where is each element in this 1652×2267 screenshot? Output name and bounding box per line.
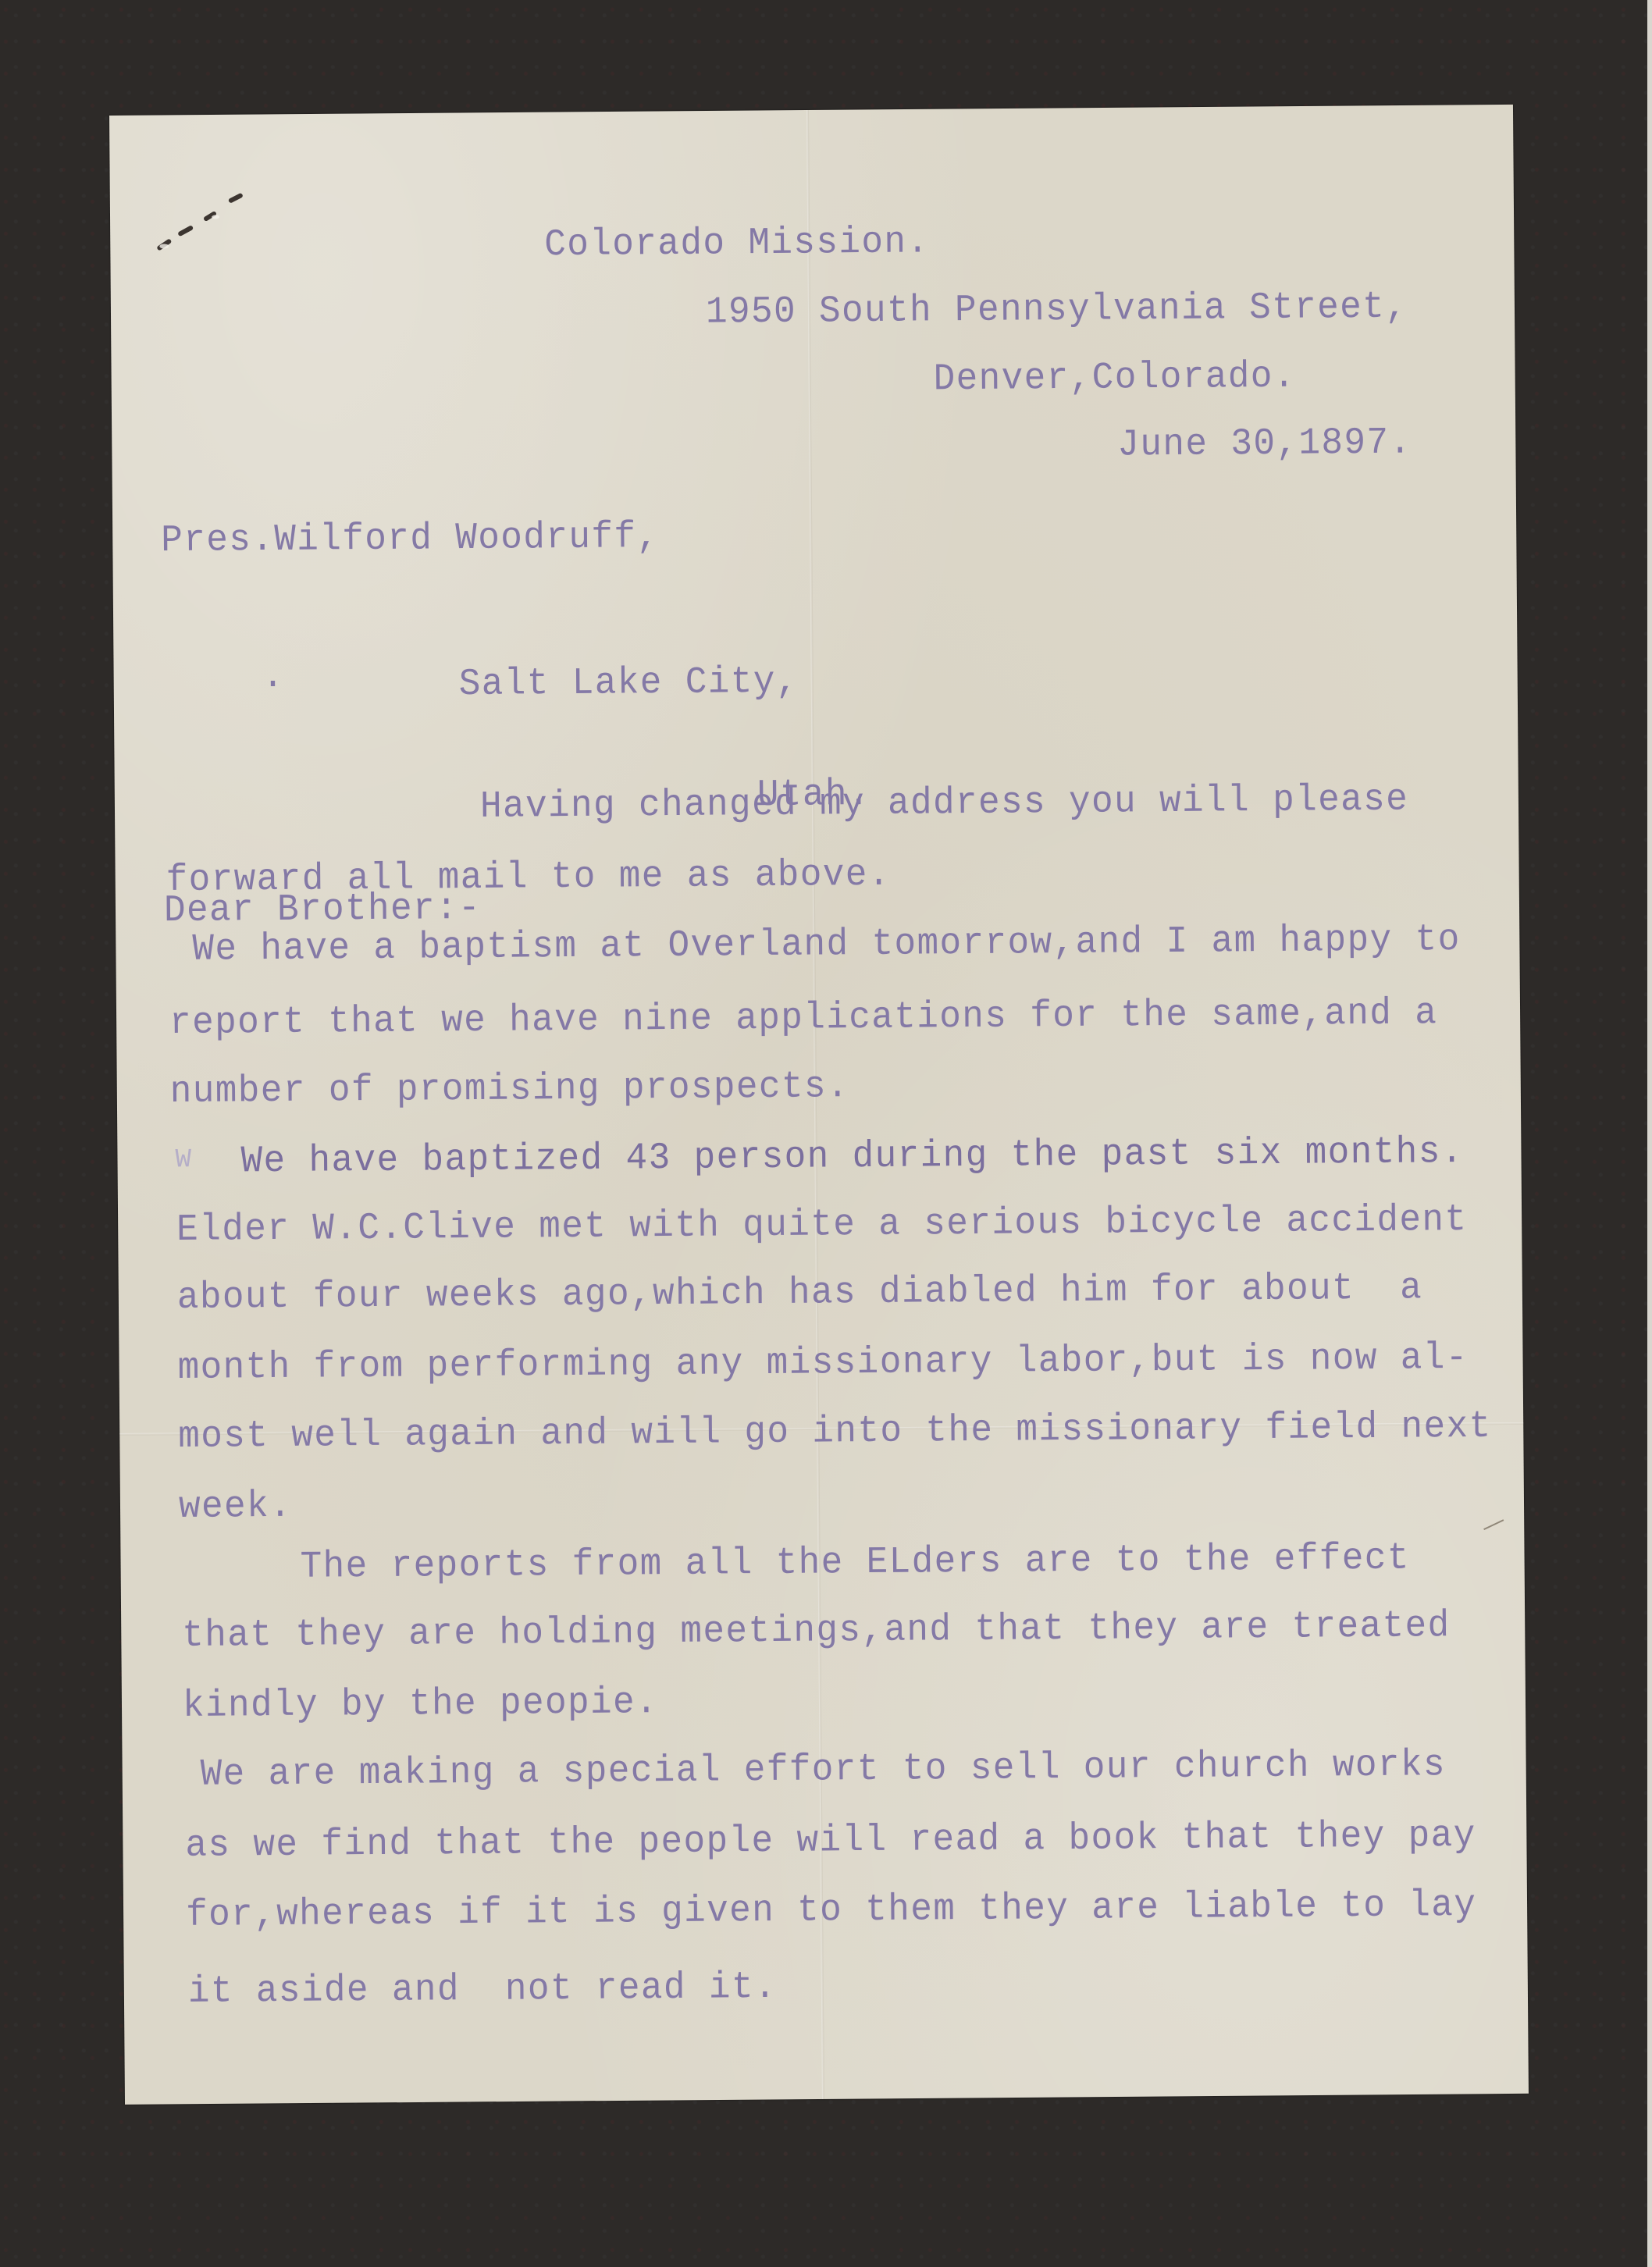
body-line: We have baptized 43 person during the pa… xyxy=(240,1133,1464,1180)
recipient-stray-dot: . xyxy=(262,657,284,696)
paper-scratch-mark xyxy=(1483,1519,1504,1530)
heading-street: 1950 South Pennsylvania Street, xyxy=(706,288,1408,331)
heading-date: June 30,1897. xyxy=(1117,424,1412,464)
body-line: forward all mail to me as above. xyxy=(166,856,892,899)
letter-page: Colorado Mission. 1950 South Pennsylvani… xyxy=(109,105,1529,2105)
overstrike-mark: W xyxy=(175,1147,191,1173)
body-line: it aside and not read it. xyxy=(188,1968,777,2010)
body-line: month from performing any missionary lab… xyxy=(177,1339,1469,1386)
heading-city: Denver,Colorado. xyxy=(933,358,1295,398)
body-line: for,whereas if it is given to them they … xyxy=(186,1886,1477,1934)
body-line: report that we have nine applications fo… xyxy=(169,995,1438,1042)
mount-edge xyxy=(1647,0,1652,2267)
body-line: that they are holding meetings,and that … xyxy=(182,1607,1451,1654)
body-line: about four weeks ago,which has diabled h… xyxy=(177,1269,1423,1317)
recipient-city: Salt Lake City, xyxy=(459,663,799,703)
body-line: week. xyxy=(179,1487,292,1525)
body-line: most well again and will go into the mis… xyxy=(178,1408,1492,1456)
recipient-name: Pres.Wilford Woodruff, xyxy=(161,518,659,559)
body-line: as we find that the people will read a b… xyxy=(185,1817,1476,1864)
body-line: number of promising prospects. xyxy=(170,1067,849,1110)
body-line: We are making a special effort to sell o… xyxy=(201,1746,1447,1793)
body-line: kindly by the peopie. xyxy=(183,1683,658,1724)
body-line: Elder W.C.Clive met with quite a serious… xyxy=(176,1201,1468,1248)
body-line: Having changed my address you will pleas… xyxy=(480,781,1409,826)
staple-hole-marks-icon xyxy=(153,193,255,264)
body-line: The reports from all the ELders are to t… xyxy=(300,1539,1410,1585)
body-line: We have a baptism at Overland tomorrow,a… xyxy=(192,920,1461,968)
heading-organization: Colorado Mission. xyxy=(544,223,929,264)
